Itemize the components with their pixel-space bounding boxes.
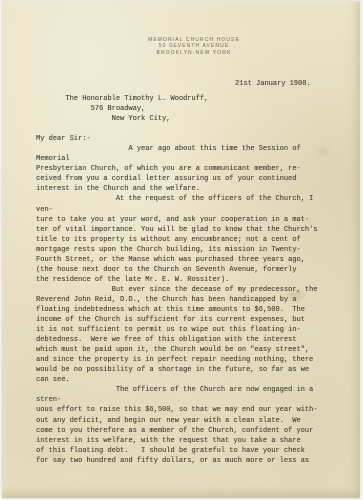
scanned-letter: MEMORIAL CHURCH HOUSE 50 SEVENTH AVENUE … — [0, 0, 363, 500]
letterhead-line-3: BROOKLYN-NEW YORK — [15, 50, 363, 56]
letterhead: MEMORIAL CHURCH HOUSE 50 SEVENTH AVENUE … — [15, 37, 363, 56]
letter-date: 21st January 1908. — [235, 80, 311, 88]
letter-body-text: The Honorable Timothy L. Woodruff, 576 B… — [36, 94, 328, 466]
letter-paper: MEMORIAL CHURCH HOUSE 50 SEVENTH AVENUE … — [2, 1, 360, 498]
